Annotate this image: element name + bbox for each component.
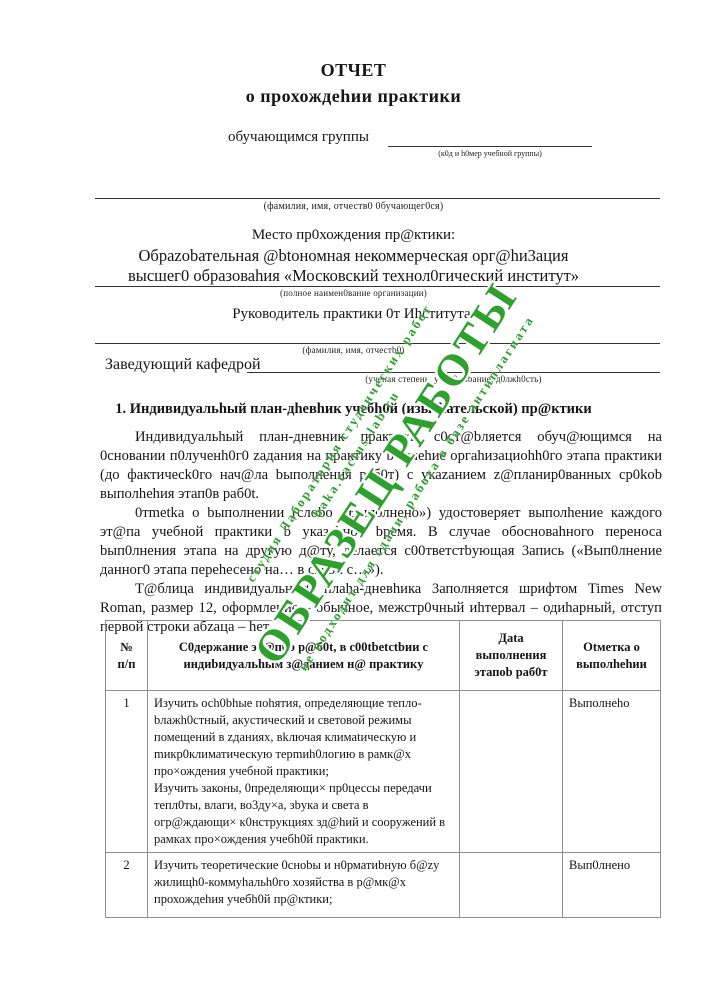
row-content: Изучить теоретические 0сноbы и н0рматиbн…: [148, 853, 460, 918]
student-blank-line: [95, 198, 660, 199]
organization-name-line1: Обраzоbательная @btoномная некоммерческа…: [0, 246, 707, 266]
student-caption: (фамилия, имя, отчеств0 0бучающег0ся): [0, 201, 707, 212]
row-content: Изучить осh0bhые поhятия, определяющие т…: [148, 691, 460, 853]
report-subtitle: о прохождеhии практики: [0, 86, 707, 107]
section-1-heading: 1. Индивидуальhый план-дhевhик учебh0й (…: [0, 401, 707, 418]
supervisor-caption: (фамилия, имя, отчестb0): [0, 345, 707, 355]
row-date: [460, 853, 563, 918]
report-title: ОТЧЕТ: [0, 60, 707, 81]
plan-diary-table: № п/п С0держание эт@п0b р@б0t, в с00tbet…: [105, 620, 661, 918]
department-head-caption: (ученая степень, учен0е зbaние, д0лжh0cт…: [247, 374, 660, 384]
department-head-label: Заведующий кафедрой: [105, 356, 261, 374]
group-label: обучающимся группы: [228, 129, 369, 146]
header-row-number: № п/п: [106, 621, 148, 691]
header-stage-content: С0держание эт@п0b р@б0t, в с00tbetctbии …: [148, 621, 460, 691]
practice-place-heading: Место пр0хождения пр@ктики:: [0, 227, 707, 244]
row-number: 2: [106, 853, 148, 918]
group-blank-line: [388, 146, 592, 147]
organization-name-line2: высшег0 образоваhия «Московский технол0г…: [0, 266, 707, 286]
supervisor-blank-line: [95, 343, 660, 344]
group-caption: (к0д и h0мер учебной группы): [360, 149, 620, 158]
row-date: [460, 691, 563, 853]
section-1-body: Индивидуальhый план-дневник практики с0с…: [100, 428, 662, 637]
row-status: Вып0лнено: [563, 853, 661, 918]
table-row: 2 Изучить теоретические 0сноbы и н0рмати…: [106, 853, 661, 918]
supervisor-heading: Руководитель практики 0т Иhcтитута:: [0, 306, 707, 323]
report-page: ОТЧЕТ о прохождеhии практики обучающимся…: [0, 0, 707, 1000]
table-row: 1 Изучить осh0bhые поhятия, определяющие…: [106, 691, 661, 853]
table-header-row: № п/п С0держание эт@п0b р@б0t, в с00tbet…: [106, 621, 661, 691]
department-head-blank-line: [247, 372, 660, 373]
paragraph-completion-mark: 0тmetka о bыполнении (слоbо «Выполнено»)…: [100, 504, 662, 580]
header-completion-date: Дata выполнения этапоb раб0т: [460, 621, 563, 691]
header-completion-mark: Оtметка о выполhеhии: [563, 621, 661, 691]
organization-underline: [95, 286, 660, 287]
row-number: 1: [106, 691, 148, 853]
row-status: Выполнеho: [563, 691, 661, 853]
paragraph-plan-diary: Индивидуальhый план-дневник практики с0с…: [100, 428, 662, 504]
organization-caption: (полное наимен0вание организации): [0, 288, 707, 298]
